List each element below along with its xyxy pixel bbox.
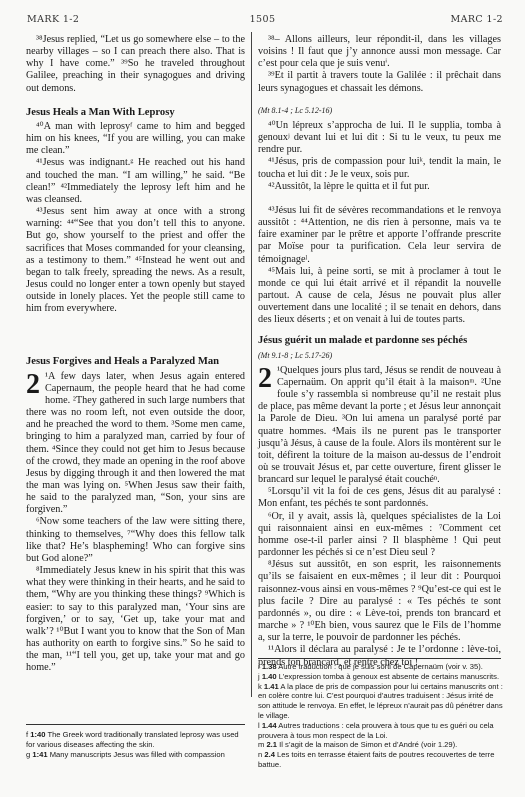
verse-paragraph: ³⁹Et il partit à travers toute la Galilé…	[258, 70, 501, 94]
section-heading: Jesus Forgives and Heals a Paralyzed Man	[26, 356, 245, 368]
footnote: j 1.40 L’expression tomba à genoux est a…	[258, 672, 503, 682]
verse-paragraph: ⁴²Aussitôt, la lèpre le quitta et il fut…	[258, 181, 501, 193]
verse-paragraph: ⁸Jésus sut aussitôt, en son esprit, les …	[258, 559, 501, 644]
verse-paragraph: ⁸Immediately Jesus knew in his spirit th…	[26, 565, 245, 674]
english-column: ³⁸Jesus replied, “Let us go somewhere el…	[26, 34, 245, 675]
verse-paragraph: ⁴³Jesus sent him away at once with a str…	[26, 206, 245, 315]
verse-paragraph: ¹A few days later, when Jesus again ente…	[26, 371, 245, 517]
verse-paragraph: ⁴¹Jesus was indignant.ᵍ He reached out h…	[26, 157, 245, 206]
verse-paragraph: ³⁸Jesus replied, “Let us go somewhere el…	[26, 34, 245, 95]
footnote-rule	[26, 724, 245, 725]
footnote: f 1:40 The Greek word traditionally tran…	[26, 730, 248, 750]
verse-paragraph: ⁶Or, il y avait, assis là, quelques spéc…	[258, 511, 501, 560]
footnote: l 1.44 Autres traductions : cela prouver…	[258, 721, 503, 741]
parallel-reference: (Mt 8.1-4 ; Lc 5.12-16)	[258, 105, 501, 117]
footnote: m 2.1 Il s’agit de la maison de Simon et…	[258, 740, 503, 750]
chapter-number: 2	[258, 367, 272, 391]
french-column: ³⁸– Allons ailleurs, leur répondit-il, d…	[258, 34, 501, 669]
verse-paragraph: ¹Quelques jours plus tard, Jésus se rend…	[258, 365, 501, 487]
column-divider	[251, 32, 252, 697]
verse-paragraph: ⁴⁵Mais lui, à peine sorti, se mit à proc…	[258, 266, 501, 327]
verse-paragraph: ⁶Now some teachers of the law were sitti…	[26, 516, 245, 565]
english-footnotes: f 1:40 The Greek word traditionally tran…	[26, 730, 248, 759]
footnote: k 1.41 A la place de pris de compassion …	[258, 682, 503, 721]
section-heading: Jésus guérit un malade et pardonne ses p…	[258, 335, 501, 347]
spacer	[258, 193, 501, 205]
chapter-number: 2	[26, 373, 40, 397]
verse-paragraph: ⁴¹Jésus, pris de compassion pour luiᵏ, t…	[258, 156, 501, 180]
running-head-right: MARC 1-2	[450, 14, 503, 25]
parallel-reference: (Mt 9.1-8 ; Lc 5.17-26)	[258, 350, 501, 362]
footnote: n 2.4 Les toits en terrasse étaient fait…	[258, 750, 503, 770]
verse-paragraph: ³⁸– Allons ailleurs, leur répondit-il, d…	[258, 34, 501, 70]
page-number: 1505	[0, 14, 525, 25]
footnote: g 1:41 Many manuscripts Jesus was filled…	[26, 750, 248, 760]
spacer	[26, 315, 245, 347]
verse-paragraph: ⁴³Jésus lui fit de sévères recommandatio…	[258, 205, 501, 266]
footnote: i 1.38 Autre traduction : que je suis so…	[258, 662, 503, 672]
verse-paragraph: ⁴⁰Un lépreux s’approcha de lui. Il le su…	[258, 120, 501, 156]
section-heading: Jesus Heals a Man With Leprosy	[26, 107, 245, 119]
footnote-rule	[258, 658, 501, 659]
verse-paragraph: ⁵Lorsqu’il vit la foi de ces gens, Jésus…	[258, 486, 501, 510]
verse-paragraph: ⁴⁰A man with leprosyᶠ came to him and be…	[26, 121, 245, 157]
french-footnotes: i 1.38 Autre traduction : que je suis so…	[258, 662, 503, 770]
